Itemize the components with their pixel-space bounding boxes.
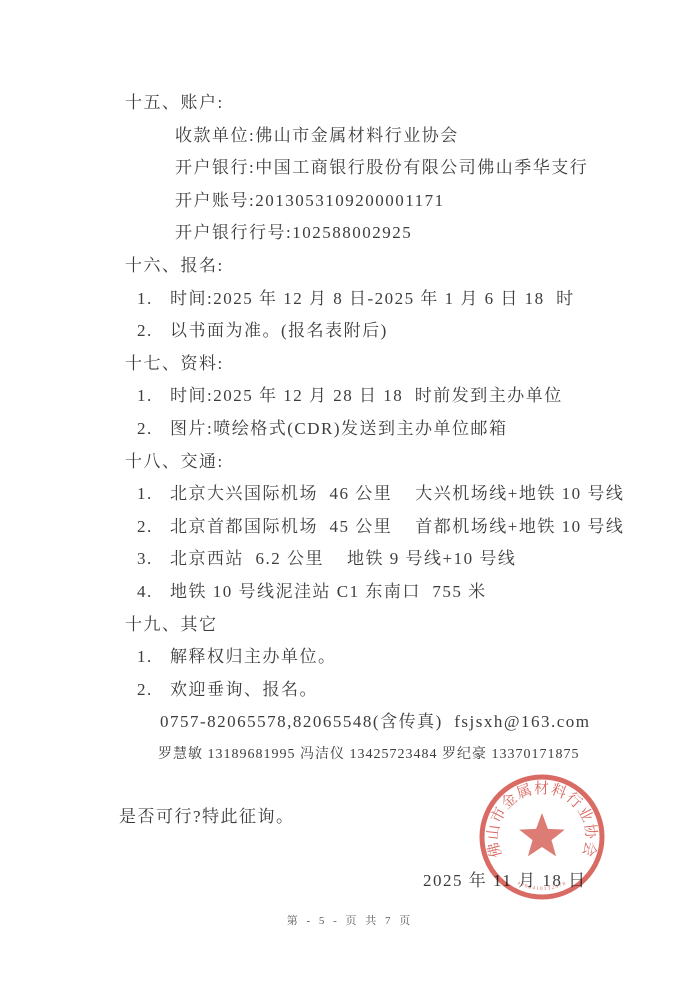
section-heading-materials: 十七、资料:: [0, 348, 700, 381]
transport-metro-line: 4. 地铁 10 号线泥洼站 C1 东南口 755 米: [0, 576, 700, 609]
transport-westrail-line: 3. 北京西站 6.2 公里 地铁 9 号线+10 号线: [0, 543, 700, 576]
transport-capital-line: 2. 北京首都国际机场 45 公里 首都机场线+地铁 10 号线: [0, 511, 700, 544]
stamp-star-icon: [519, 813, 565, 856]
materials-image-line: 2. 图片:喷绘格式(CDR)发送到主办单位邮箱: [0, 413, 700, 446]
materials-time-line: 1. 时间:2025 年 12 月 28 日 18 时前发到主办单位: [0, 380, 700, 413]
document-page: 十五、账户: 收款单位:佛山市金属材料行业协会 开户银行:中国工商银行股份有限公…: [0, 0, 700, 986]
official-stamp: 佛山市金属材料行业协会 4060410132478: [462, 757, 622, 917]
stamp-serial-arc-text: 4060410132478: [516, 880, 568, 892]
registration-written-line: 2. 以书面为准。(报名表附后): [0, 315, 700, 348]
account-bank-line: 开户银行:中国工商银行股份有限公司佛山季华支行: [0, 152, 700, 185]
account-number-line: 开户账号:2013053109200001171: [0, 185, 700, 218]
account-bank-code-line: 开户银行行号:102588002925: [0, 217, 700, 250]
registration-time-line: 1. 时间:2025 年 12 月 8 日-2025 年 1 月 6 日 18 …: [0, 283, 700, 316]
contact-phone-email-line: 0757-82065578,82065548(含传真) fsjsxh@163.c…: [0, 706, 700, 739]
section-heading-transport: 十八、交通:: [0, 446, 700, 479]
transport-daxing-line: 1. 北京大兴国际机场 46 公里 大兴机场线+地铁 10 号线: [0, 478, 700, 511]
other-interpretation-line: 1. 解释权归主办单位。: [0, 641, 700, 674]
section-heading-other: 十九、其它: [0, 609, 700, 642]
section-heading-registration: 十六、报名:: [0, 250, 700, 283]
section-heading-account: 十五、账户:: [0, 87, 700, 120]
page-number-footer: 第 - 5 - 页 共 7 页: [0, 912, 700, 928]
account-payee-line: 收款单位:佛山市金属材料行业协会: [0, 120, 700, 153]
other-welcome-line: 2. 欢迎垂询、报名。: [0, 674, 700, 707]
